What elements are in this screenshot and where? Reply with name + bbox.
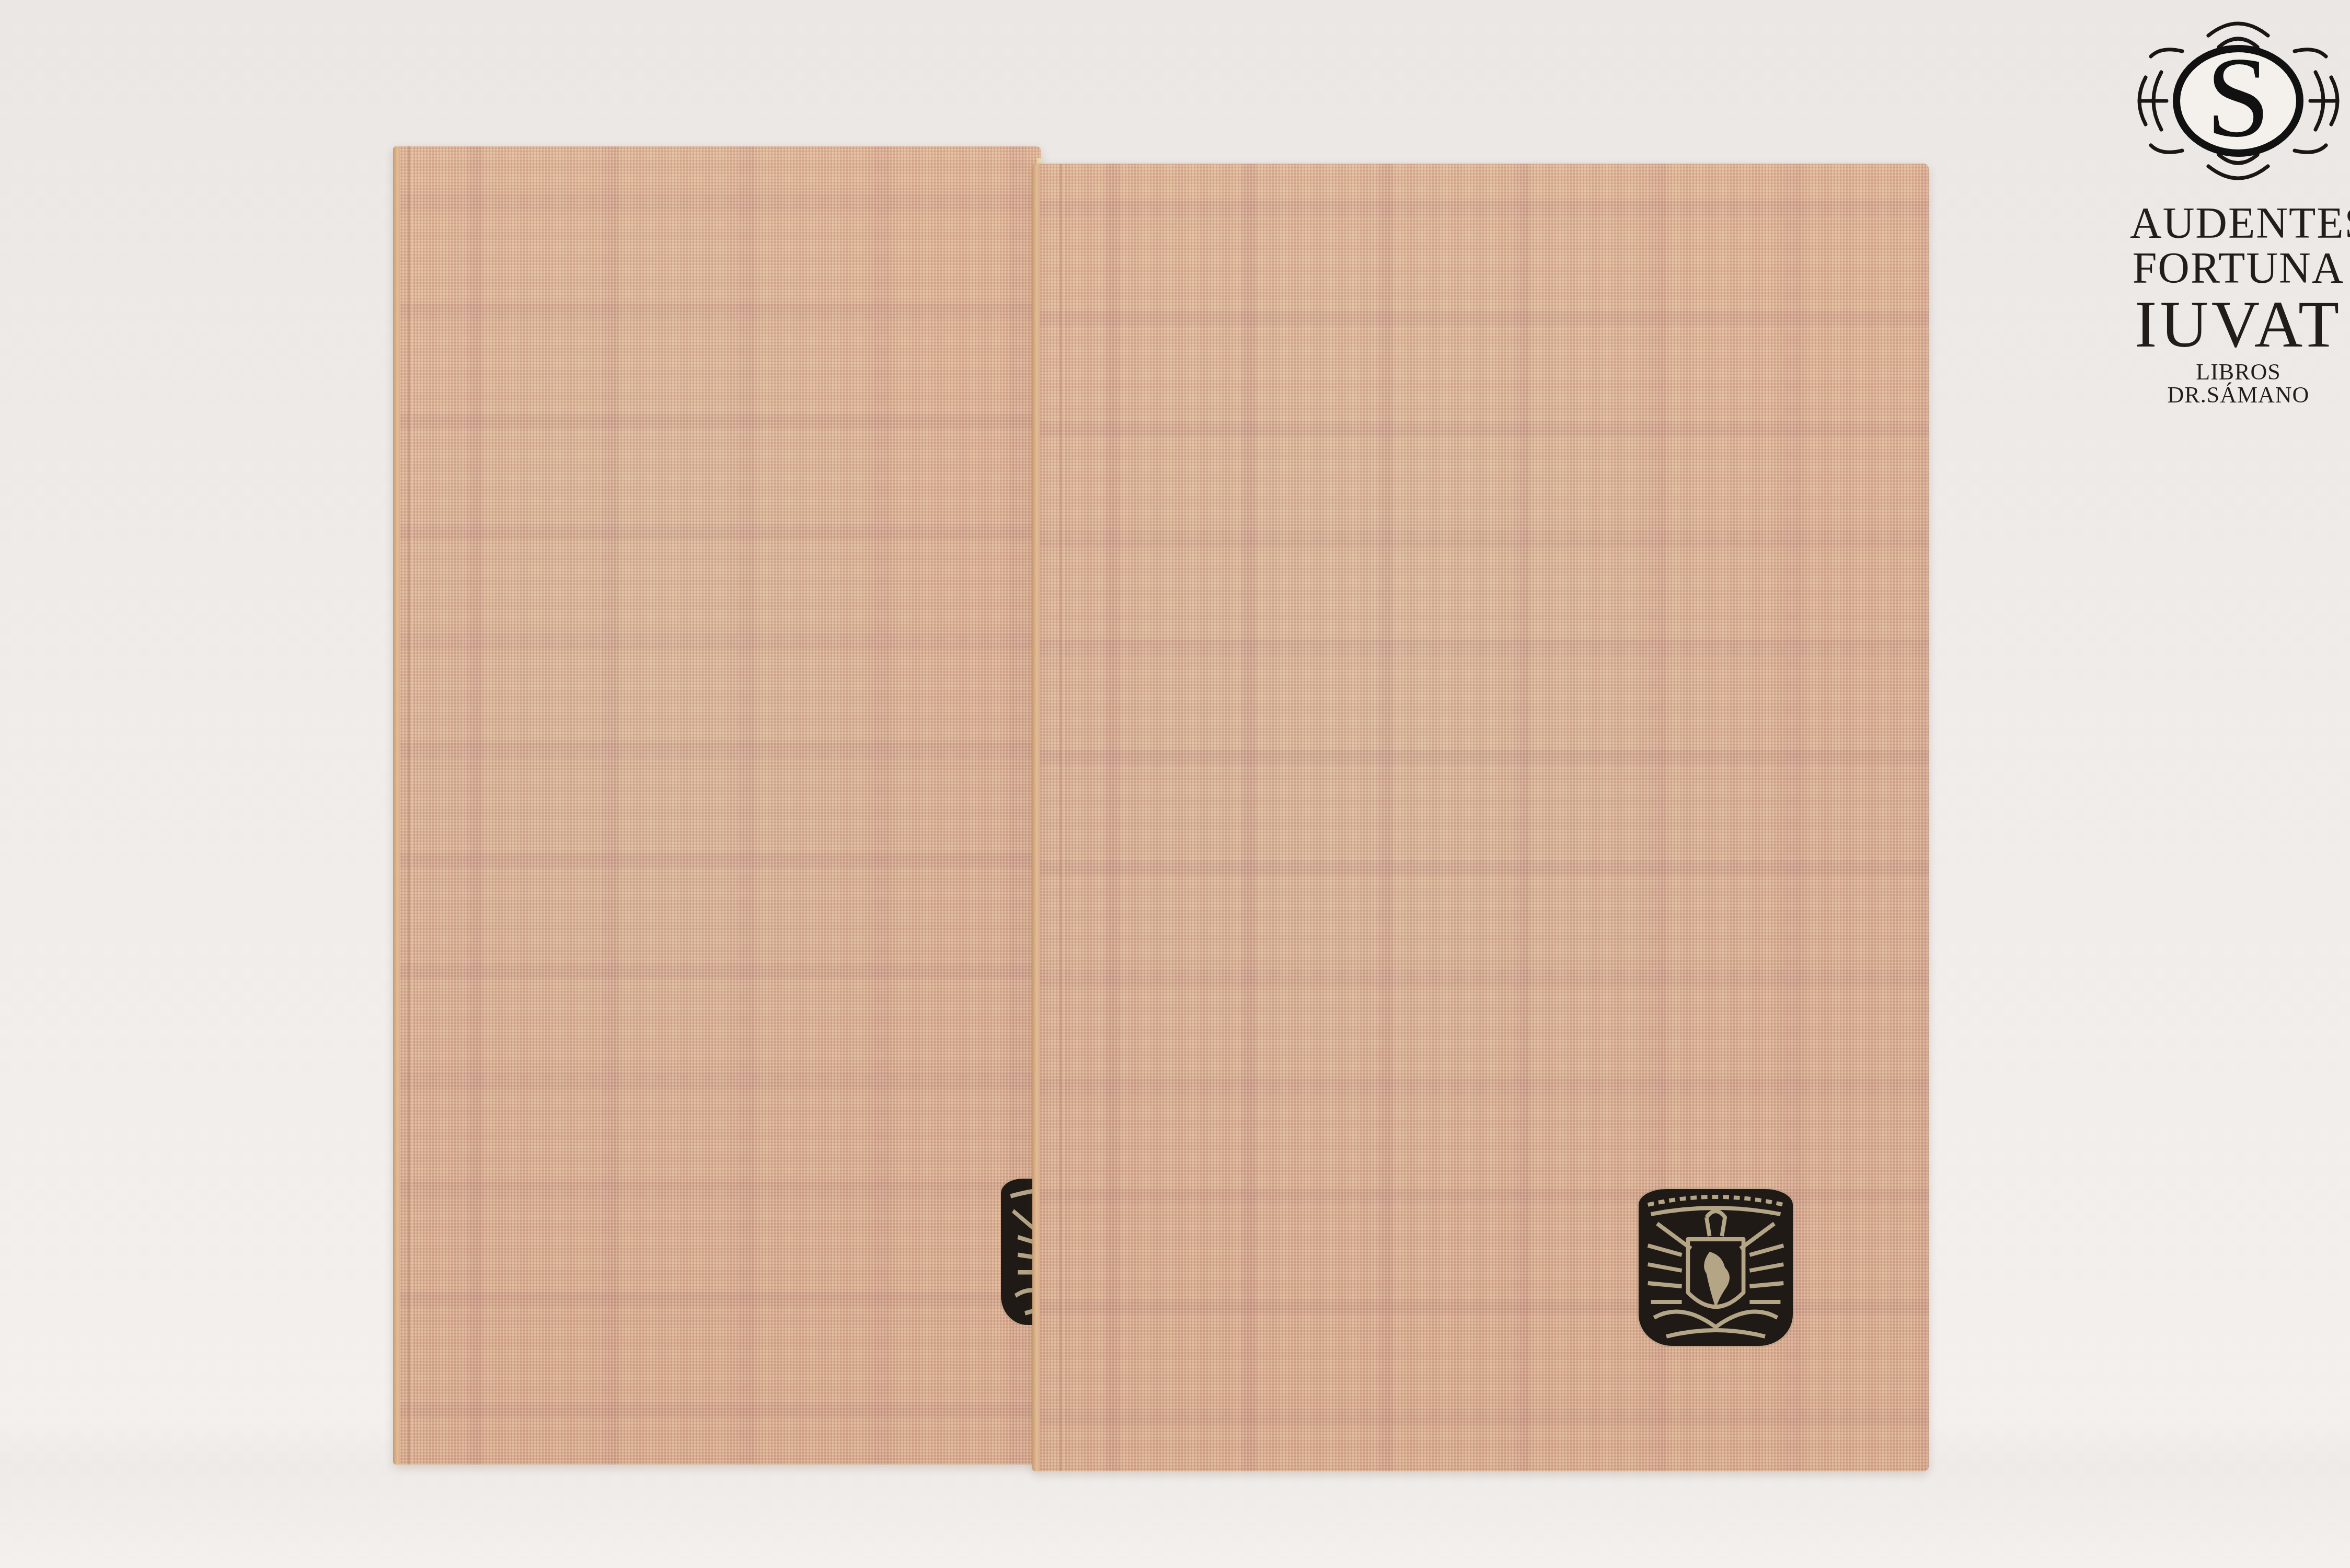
book-cloth-cover — [393, 146, 1041, 1465]
logo-motto-line-3: IUVAT — [2130, 291, 2347, 358]
logo-motto-line-2: FORTUNA — [2130, 247, 2347, 291]
book-hinge-groove — [408, 146, 413, 1465]
ornamental-s-emblem-icon: S — [2130, 15, 2347, 187]
logo-motto-line-1: AUDENTES — [2130, 202, 2347, 246]
unam-crest-icon — [1639, 1189, 1793, 1346]
svg-text:S: S — [2206, 33, 2270, 161]
watermark-logo: S AUDENTES FORTUNA IUVAT LIBROS DR.SÁMAN… — [2130, 15, 2347, 399]
logo-brand-name: LIBROS DR.SÁMANO — [2130, 361, 2347, 407]
book-spine-edge — [393, 146, 400, 1465]
book-left — [393, 146, 1041, 1465]
book-right — [1032, 164, 1929, 1471]
book-spine-edge — [1032, 164, 1040, 1471]
book-cloth-cover — [1032, 164, 1929, 1471]
book-hinge-groove — [1059, 164, 1065, 1471]
